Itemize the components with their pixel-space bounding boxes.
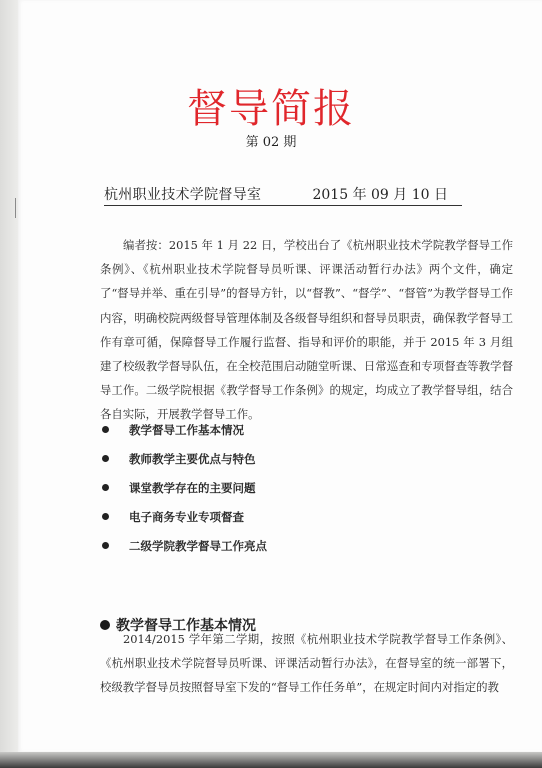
bullet-icon	[102, 455, 109, 462]
toc-item-label: 教师教学主要优点与特色	[129, 449, 256, 469]
toc-item-label: 二级学院教学督导工作亮点	[129, 536, 267, 556]
bullet-icon	[102, 542, 109, 549]
toc-item: 电子商务专业专项督查	[100, 502, 267, 531]
issue-date: 2015 年 09 月 10 日	[312, 184, 448, 204]
issue-number: 第 02 期	[0, 134, 542, 152]
scan-edge-mark	[15, 198, 16, 218]
section-body: 2014/2015 学年第二学期，按照《杭州职业技术学院教学督导工作条例》、《杭…	[100, 627, 513, 700]
scan-bottom-edge	[0, 752, 542, 768]
masthead: 杭州职业技术学院督导室 2015 年 09 月 10 日	[104, 185, 462, 206]
toc-item: 二级学院教学督导工作亮点	[100, 531, 267, 560]
toc-item: 教学督导工作基本情况	[100, 415, 267, 444]
toc-item: 课堂教学存在的主要问题	[100, 473, 267, 502]
issuing-organization: 杭州职业技术学院督导室	[104, 184, 261, 204]
table-of-contents: 教学督导工作基本情况 教师教学主要优点与特色 课堂教学存在的主要问题 电子商务专…	[100, 415, 267, 560]
editor-note: 编者按：2015 年 1 月 22 日，学校出台了《杭州职业技术学院教学督导工作…	[100, 233, 513, 427]
toc-item-label: 课堂教学存在的主要问题	[129, 478, 256, 498]
bullet-icon	[102, 484, 109, 491]
bulletin-title: 督导简报	[0, 85, 542, 133]
bullet-icon	[102, 513, 109, 520]
toc-item: 教师教学主要优点与特色	[100, 444, 267, 473]
toc-item-label: 电子商务专业专项督查	[129, 507, 244, 527]
toc-item-label: 教学督导工作基本情况	[129, 420, 244, 440]
bullet-icon	[102, 426, 109, 433]
